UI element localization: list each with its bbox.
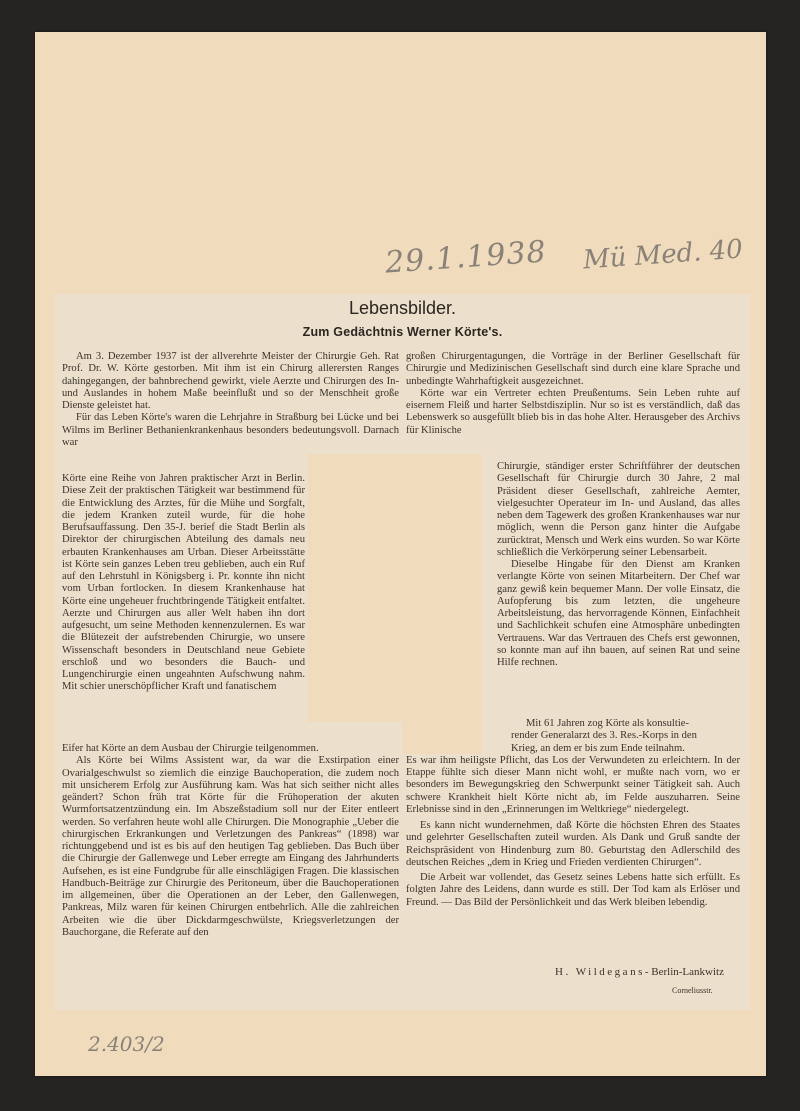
section-title: Lebensbilder. — [55, 298, 750, 319]
article-subtitle: Zum Gedächtnis Werner Körte's. — [55, 325, 750, 339]
paragraph: Für das Leben Körte's waren die Lehrjahr… — [62, 412, 399, 449]
left-column-bottom: Eifer hat Körte an dem Ausbau der Chirur… — [62, 743, 399, 939]
right-column-bottom: Mit 61 Jahren zog Körte als konsultie- r… — [406, 718, 740, 909]
paragraph: Es war ihm heiligste Pflicht, das Los de… — [406, 755, 740, 816]
paragraph: Eifer hat Körte an dem Ausbau der Chirur… — [62, 743, 399, 755]
paragraph: Als Körte bei Wilms Assistent war, da wa… — [62, 755, 399, 939]
cutout-gap — [308, 454, 482, 754]
author-signature: H. Wildegans- Berlin-Lankwitz — [555, 966, 724, 978]
handwritten-archive-number: 2.403/2 — [88, 1032, 165, 1056]
author-street: Corneliusstr. — [672, 986, 713, 995]
paragraph: Die Arbeit war vollendet, das Gesetz sei… — [406, 872, 740, 909]
paragraph: Chirurgie, ständiger erster Schriftführe… — [497, 461, 740, 559]
left-column-narrow: Körte eine Reihe von Jahren praktischer … — [62, 473, 305, 694]
left-column-top: Am 3. Dezember 1937 ist der allverehrte … — [62, 351, 399, 449]
paragraph: Körte eine Reihe von Jahren praktischer … — [62, 473, 305, 694]
text-line: render Generalarzt des 3. Res.-Korps in … — [406, 730, 740, 742]
text-line: Krieg, an dem er bis zum Ende teilnahm. — [406, 743, 740, 755]
paragraph: Es kann nicht wundernehmen, daß Körte di… — [406, 820, 740, 869]
paragraph: Körte war ein Vertreter echten Preußentu… — [406, 388, 740, 437]
paragraph: großen Chirurgentagungen, die Vorträge i… — [406, 351, 740, 388]
right-column-top: großen Chirurgentagungen, die Vorträge i… — [406, 351, 740, 437]
author-location: - Berlin-Lankwitz — [645, 966, 724, 978]
right-column-narrow: Chirurgie, ständiger erster Schriftführe… — [497, 461, 740, 669]
author-name: H. Wildegans — [555, 966, 645, 978]
text-line: Mit 61 Jahren zog Körte als konsultie- — [406, 718, 740, 730]
paragraph: Dieselbe Hingabe für den Dienst am Krank… — [497, 559, 740, 669]
paragraph: Am 3. Dezember 1937 ist der allverehrte … — [62, 351, 399, 412]
